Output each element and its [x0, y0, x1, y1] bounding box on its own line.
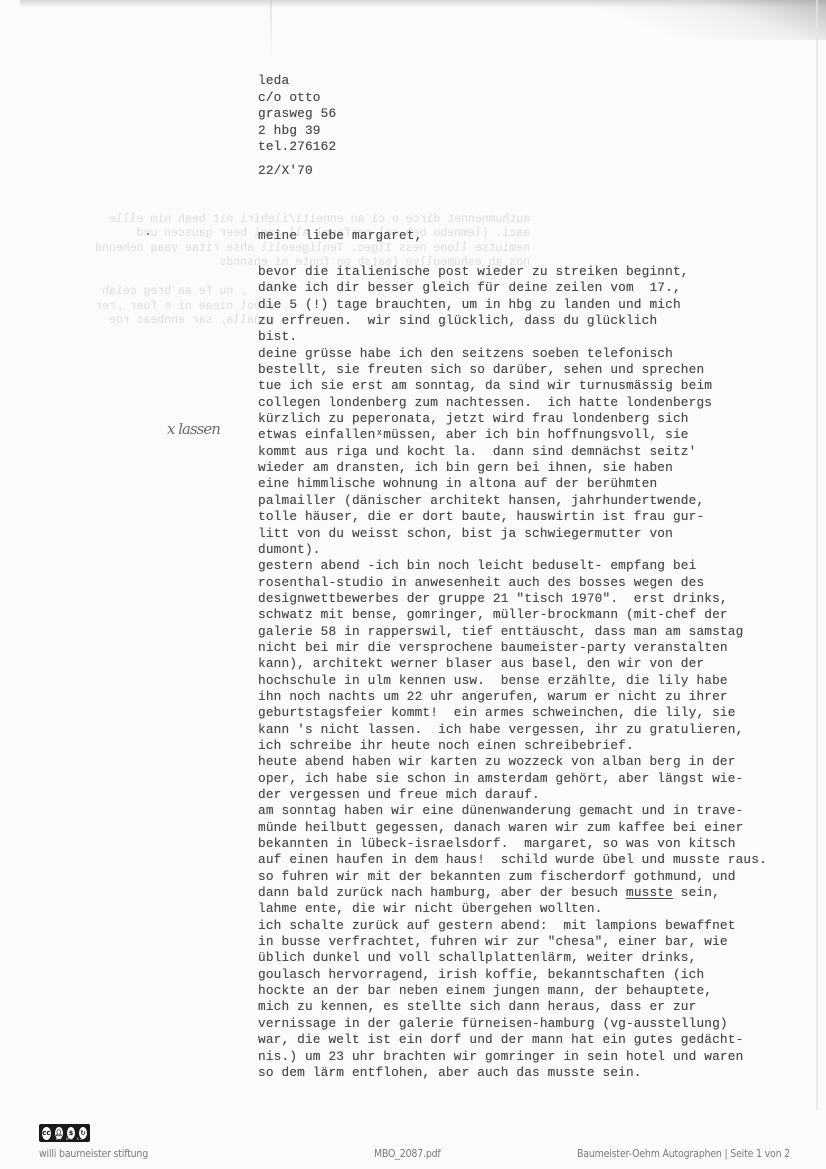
letter-date: 22/X'70 — [258, 163, 313, 178]
letter-line: hochschule in ulm kennen usw. bense erzä… — [258, 673, 767, 689]
cc-license-labels: BY NC SA — [56, 1137, 84, 1141]
letter-line: palmailler (dänischer architekt hansen, … — [258, 493, 767, 509]
letter-line: vernissage in der galerie fürneisen-hamb… — [258, 1016, 767, 1032]
scan-edge-right — [816, 0, 818, 1110]
letter-line: tue ich sie erst am sonntag, da sind wir… — [258, 378, 767, 394]
letter-line: bist. — [258, 329, 767, 345]
letter-line: ich schalte zurück auf gestern abend: mi… — [258, 918, 767, 934]
paper-fold — [270, 0, 272, 60]
letter-line: kürzlich zu peperonata, jetzt wird frau … — [258, 411, 767, 427]
letter-line: kann), architekt werner blaser aus basel… — [258, 656, 767, 672]
letter-line: collegen londenberg zum nachtessen. ich … — [258, 395, 767, 411]
letter-line: hockte an der bar neben einem jungen man… — [258, 983, 767, 999]
underlined-word: musste — [626, 885, 673, 900]
letter-line: kann 's nicht lassen. ich habe vergessen… — [258, 722, 767, 738]
letter-line: am sonntag haben wir eine dünenwanderung… — [258, 803, 767, 819]
letter-line: rosenthal-studio in anwesenheit auch des… — [258, 575, 767, 591]
letter-line: dumont). — [258, 542, 767, 558]
letter-line: litt von du weisst schon, bist ja schwie… — [258, 526, 767, 542]
letter-line: bevor die italienische post wieder zu st… — [258, 264, 767, 280]
footer-filename: MBO_2087.pdf — [374, 1148, 441, 1160]
letter-line: münde heilbutt gegessen, danach waren wi… — [258, 820, 767, 836]
handwritten-margin-note: x lassen — [167, 420, 220, 438]
letter-line: dann bald zurück nach hamburg, aber der … — [258, 885, 767, 901]
cc-icon: cc — [41, 1126, 52, 1141]
letter-line: nis.) um 23 uhr brachten wir gomringer i… — [258, 1049, 767, 1065]
letter-line: in busse verfrachtet, fuhren wir zur "ch… — [258, 934, 767, 950]
letter-line: nicht bei mir die versprochene baumeiste… — [258, 640, 767, 656]
sender-address: leda c/o otto grasweg 56 2 hbg 39 tel.27… — [258, 73, 336, 156]
letter-line: üblich dunkel und voll schallplattenlärm… — [258, 950, 767, 966]
scan-shadow-corner — [566, 0, 826, 40]
ink-mark — [147, 233, 149, 235]
letter-line: der vergessen und freue mich darauf. — [258, 787, 767, 803]
letter-line: war, die welt ist ein dorf und der mann … — [258, 1032, 767, 1048]
letter-line: kommt aus riga und kocht la. dann sind d… — [258, 444, 767, 460]
footer-publisher: willi baumeister stiftung — [39, 1148, 148, 1160]
letter-line: geburtstagsfeier kommt! ein armes schwei… — [258, 705, 767, 721]
footer-page-info: Baumeister-Oehm Autographen | Seite 1 vo… — [577, 1148, 790, 1160]
letter-line: so dem lärm entflohen, aber auch das mus… — [258, 1065, 767, 1081]
letter-line: ihn noch nachts um 22 uhr angerufen, war… — [258, 689, 767, 705]
letter-line: heute abend haben wir karten zu wozzeck … — [258, 754, 767, 770]
letter-line: gestern abend -ich bin noch leicht bedus… — [258, 558, 767, 574]
salutation: meine liebe margaret, — [258, 228, 422, 243]
letter-body: bevor die italienische post wieder zu st… — [258, 264, 767, 1081]
letter-line: mich zu kennen, es stellte sich dann her… — [258, 999, 767, 1015]
letter-line: ich schreibe ihr heute noch einen schrei… — [258, 738, 767, 754]
letter-line: wieder am dransten, ich bin gern bei ihn… — [258, 460, 767, 476]
letter-line: bekannten in lübeck-israelsdorf. margare… — [258, 836, 767, 852]
letter-line: eine himmlische wohnung in altona auf de… — [258, 476, 767, 492]
letter-line: so fuhren wir mit der bekannten zum fisc… — [258, 869, 767, 885]
letter-line: die 5 (!) tage brauchten, um in hbg zu l… — [258, 297, 767, 313]
letter-line: bestellt, sie freuten sich so darüber, s… — [258, 362, 767, 378]
letter-line: schwatz mit bense, gomringer, müller-bro… — [258, 607, 767, 623]
letter-line: deine grüsse habe ich den seitzens soebe… — [258, 346, 767, 362]
document-page: authumnennet dirce o ci an enneiti/ilehi… — [0, 0, 826, 1169]
letter-line: designwettbewerbes der gruppe 21 "tisch … — [258, 591, 767, 607]
letter-line: tolle häuser, die er dort baute, hauswir… — [258, 509, 767, 525]
letter-line: etwas einfallenˣmüssen, aber ich bin hof… — [258, 427, 767, 443]
letter-line: zu erfreuen. wir sind glücklich, dass du… — [258, 313, 767, 329]
letter-line: danke ich dir besser gleich für deine ze… — [258, 280, 767, 296]
letter-line: lahme ente, die wir nicht übergehen woll… — [258, 901, 767, 917]
letter-line: galerie 58 in rapperswil, tief enttäusch… — [258, 624, 767, 640]
letter-line: goulasch hervorragend, irish koffie, bek… — [258, 967, 767, 983]
letter-line: auf einen haufen in dem haus! schild wur… — [258, 852, 767, 868]
letter-line: oper, ich habe sie schon in amsterdam ge… — [258, 771, 767, 787]
